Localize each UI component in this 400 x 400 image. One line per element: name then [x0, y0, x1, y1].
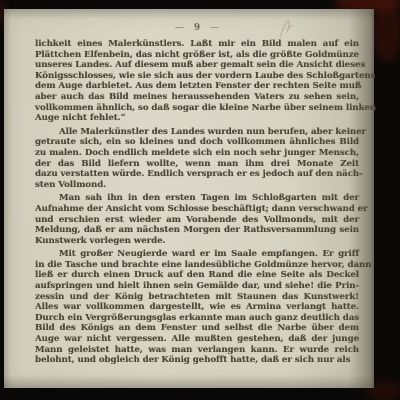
text-line: getraute sich, ein so kleines und doch v… — [35, 137, 359, 148]
header-dash-right: — — [210, 23, 219, 33]
text-line: vollkommen ähnlich, so daß sogar die kle… — [35, 103, 359, 114]
text-line: Durch ein Vergrößerungsglas erkannte man… — [35, 313, 359, 324]
film-stain-right-edge — [372, 0, 400, 62]
text-line: dazu verstatten würde. Endlich versprach… — [35, 169, 359, 180]
page-header: —9— — [35, 23, 359, 33]
text-line: belohnt, und obgleich der König gehofft … — [35, 355, 359, 366]
text-line: dem Auge darbietet. Aus dem letzten Fens… — [35, 81, 359, 92]
paragraph: lichkeit eines Malerkünstlers. Laßt mir … — [35, 39, 359, 124]
text-line: aber auch das Bild meines heraussehenden… — [35, 92, 359, 103]
text-line: zessin und der König betrachteten mit St… — [35, 292, 359, 303]
paragraph: Alle Malerkünstler des Landes wurden nun… — [35, 127, 359, 191]
text-line: unseres Landes. Auf diesem muß aber gema… — [35, 60, 359, 71]
text-line: Alles war vollkommen dargestellt, wie es… — [35, 302, 359, 313]
text-line: Man sah ihn in den ersten Tagen im Schlo… — [35, 193, 359, 204]
text-line: der das Bild liefern wollte, wenn man ih… — [35, 159, 359, 170]
page-number: 9 — [194, 23, 200, 33]
text-line: Bild des Königs an dem Fenster und selbs… — [35, 323, 359, 334]
pencil-mark — [274, 18, 298, 40]
text-line: Meldung, daß er am nächsten Morgen der R… — [35, 225, 359, 236]
text-line: Aufnahme der Ansicht vom Schlosse beschä… — [35, 204, 359, 215]
text-line: Mit großer Neugierde ward er im Saale em… — [35, 249, 359, 260]
paragraph: Mit großer Neugierde ward er im Saale em… — [35, 249, 359, 366]
paragraph: Man sah ihn in den ersten Tagen im Schlo… — [35, 193, 359, 246]
text-line: aufspringen und hielt ihnen sein Gemälde… — [35, 281, 359, 292]
text-line: Auge nicht fehlet.“ — [35, 113, 359, 124]
scanned-page-photo: —9— lichkeit eines Malerkünstlers. Laßt … — [0, 0, 400, 400]
text-line: Kunstwerk vorlegen werde. — [35, 236, 359, 247]
text-line: und erschien erst wieder am Vorabende de… — [35, 215, 359, 226]
book-page: —9— lichkeit eines Malerkünstlers. Laßt … — [4, 9, 374, 388]
text-line: sten Vollmond. — [35, 180, 359, 191]
text-line: Mann geleistet hatte, was man verlangen … — [35, 345, 359, 356]
text-line: zu malen. Doch endlich meldete sich ein … — [35, 148, 359, 159]
header-dash-left: — — [175, 23, 184, 33]
text-block: lichkeit eines Malerkünstlers. Laßt mir … — [35, 39, 359, 369]
text-line: lichkeit eines Malerkünstlers. Laßt mir … — [35, 39, 359, 50]
text-line: Auge war nicht vergessen. Alle mußten ge… — [35, 334, 359, 345]
text-line: ließ er durch einen Druck auf den Rand d… — [35, 270, 359, 281]
text-line: Alle Malerkünstler des Landes wurden nun… — [35, 127, 359, 138]
text-line: Königsschlosses, wie sie sich aus der vo… — [35, 71, 359, 82]
text-line: in die Tasche und brachte eine landesübl… — [35, 260, 359, 271]
text-line: Plättchen Elfenbein, das nicht größer is… — [35, 50, 359, 61]
